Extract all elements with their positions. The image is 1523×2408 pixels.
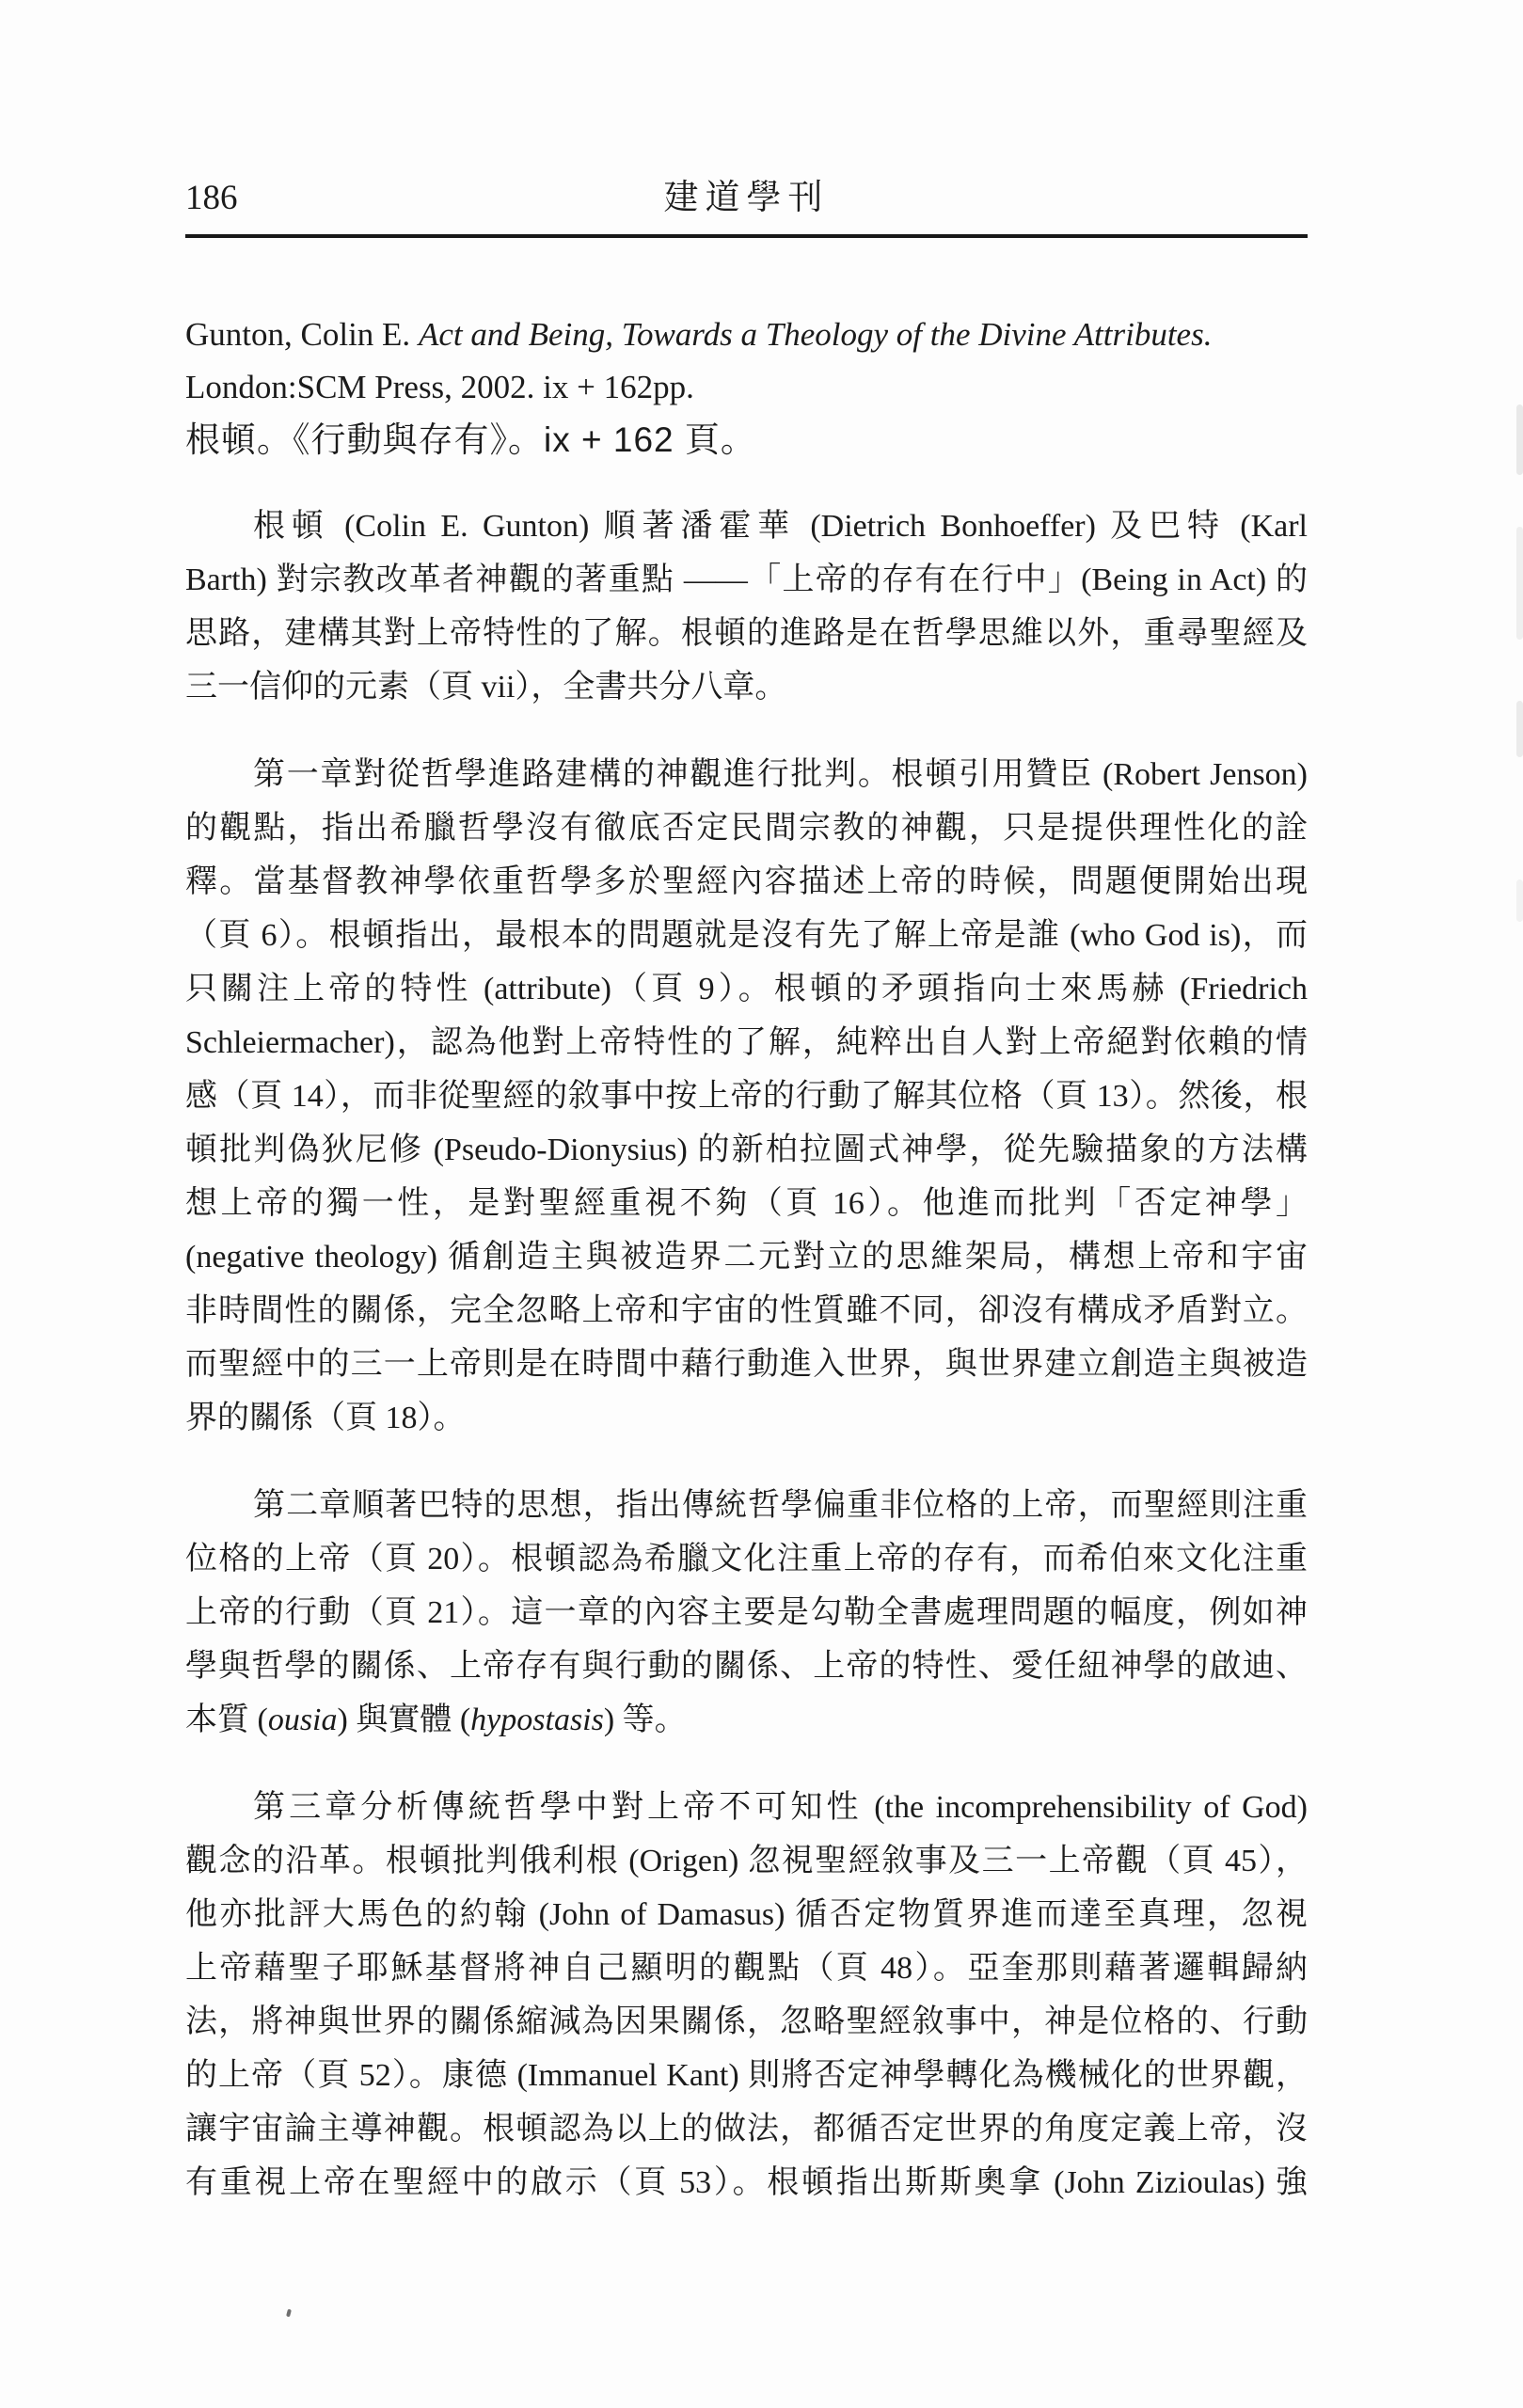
text-line: Schleiermacher)，認為他對上帝特性的了解，純粹出自人對上帝絕對依賴… (185, 1016, 1308, 1069)
text-line: 上帝藉聖子耶穌基督將神自己顯明的觀點（頁 48）。亞奎那則藉著邏輯歸納 (185, 1941, 1308, 1995)
text-line: (negative theology) 循創造主與被造界二元對立的思維架局，構想… (185, 1230, 1308, 1284)
citation-publisher: London:SCM Press, 2002. ix + 162pp. (185, 361, 1314, 414)
scan-edge-artifact (1516, 404, 1523, 475)
scan-edge-artifact (1516, 701, 1523, 757)
text-line: 只關注上帝的特性 (attribute)（頁 9）。根頓的矛頭指向士來馬赫 (F… (185, 962, 1308, 1016)
book-citation: Gunton, Colin E. Act and Being, Towards … (185, 309, 1314, 467)
header-rule (185, 234, 1308, 238)
text-line: （頁 6）。根頓指出，最根本的問題就是沒有先了解上帝是誰 (who God is… (185, 909, 1308, 962)
text-line: 學與哲學的關係、上帝存有與行動的關係、上帝的特性、愛任紐神學的啟迪、 (185, 1640, 1308, 1693)
text-line: 界的關係（頁 18）。 (185, 1391, 1308, 1445)
text-line: 本質 (ousia) 與實體 (hypostasis) 等。 (185, 1693, 1308, 1747)
text-line: 非時間性的關係，完全忽略上帝和宇宙的性質雖不同，卻沒有構成矛盾對立。 (185, 1284, 1308, 1338)
text-line: Barth) 對宗教改革者神觀的著重點 ——「上帝的存有在行中」(Being i… (185, 553, 1308, 607)
journal-title: 建道學刊 (664, 179, 830, 218)
citation-line-english: Gunton, Colin E. Act and Being, Towards … (185, 309, 1314, 361)
text-line: 第二章順著巴特的思想，指出傳統哲學偏重非位格的上帝，而聖經則注重 (185, 1479, 1308, 1532)
paragraph: 根頓 (Colin E. Gunton) 順著潘霍華 (Dietrich Bon… (185, 499, 1308, 714)
citation-book-title: Act and Being, Towards a Theology of the… (419, 316, 1213, 353)
paragraph: 第三章分析傳統哲學中對上帝不可知性 (the incomprehensibili… (185, 1781, 1308, 2210)
review-body: 根頓 (Colin E. Gunton) 順著潘霍華 (Dietrich Bon… (185, 499, 1308, 2210)
citation-chinese: 根頓。《行動與存有》。ix + 162 頁。 (185, 414, 1314, 467)
text-line: 頓批判偽狄尼修 (Pseudo-Dionysius) 的新柏拉圖式神學，從先驗描… (185, 1123, 1308, 1177)
text-line: 思路，建構其對上帝特性的了解。根頓的進路是在哲學思維以外，重尋聖經及 (185, 607, 1308, 660)
text-line: 釋。當基督教神學依重哲學多於聖經內容描述上帝的時候，問題便開始出現 (185, 855, 1308, 909)
text-line: 第一章對從哲學進路建構的神觀進行批判。根頓引用贊臣 (Robert Jenson… (185, 748, 1308, 801)
text-line: 想上帝的獨一性，是對聖經重視不夠（頁 16）。他進而批判「否定神學」 (185, 1177, 1308, 1230)
text-line: 三一信仰的元素（頁 vii），全書共分八章。 (185, 660, 1308, 714)
page-number: 186 (185, 179, 238, 218)
page-header: 186 建道學刊 (185, 179, 1308, 222)
text-line: 根頓 (Colin E. Gunton) 順著潘霍華 (Dietrich Bon… (185, 499, 1308, 553)
paragraph: 第一章對從哲學進路建構的神觀進行批判。根頓引用贊臣 (Robert Jenson… (185, 748, 1308, 1445)
text-line: 第三章分析傳統哲學中對上帝不可知性 (the incomprehensibili… (185, 1781, 1308, 1834)
citation-author: Gunton, Colin E. (185, 316, 419, 353)
scan-speck-artifact (286, 2309, 292, 2318)
scan-edge-artifact (1516, 527, 1523, 640)
text-line: 讓宇宙論主導神觀。根頓認為以上的做法，都循否定世界的角度定義上帝，沒 (185, 2102, 1308, 2156)
journal-page: 186 建道學刊 Gunton, Colin E. Act and Being,… (0, 0, 1523, 2408)
text-line: 位格的上帝（頁 20）。根頓認為希臘文化注重上帝的存有，而希伯來文化注重 (185, 1532, 1308, 1586)
text-line: 他亦批評大馬色的約翰 (John of Damasus) 循否定物質界進而達至真… (185, 1888, 1308, 1941)
paragraph: 第二章順著巴特的思想，指出傳統哲學偏重非位格的上帝，而聖經則注重位格的上帝（頁 … (185, 1479, 1308, 1747)
scan-edge-artifact (1516, 879, 1523, 922)
text-line: 有重視上帝在聖經中的啟示（頁 53）。根頓指出斯斯奧拿 (John Ziziou… (185, 2156, 1308, 2210)
text-line: 的觀點，指出希臘哲學沒有徹底否定民間宗教的神觀，只是提供理性化的詮 (185, 801, 1308, 855)
text-line: 上帝的行動（頁 21）。這一章的內容主要是勾勒全書處理問題的幅度，例如神 (185, 1586, 1308, 1640)
text-line: 的上帝（頁 52）。康德 (Immanuel Kant) 則將否定神學轉化為機械… (185, 2049, 1308, 2102)
text-line: 法，將神與世界的關係縮減為因果關係，忽略聖經敘事中，神是位格的、行動 (185, 1995, 1308, 2049)
text-line: 觀念的沿革。根頓批判俄利根 (Origen) 忽視聖經敘事及三一上帝觀（頁 45… (185, 1834, 1308, 1888)
text-line: 感（頁 14），而非從聖經的敘事中按上帝的行動了解其位格（頁 13）。然後，根 (185, 1069, 1308, 1123)
text-line: 而聖經中的三一上帝則是在時間中藉行動進入世界，與世界建立創造主與被造 (185, 1338, 1308, 1391)
